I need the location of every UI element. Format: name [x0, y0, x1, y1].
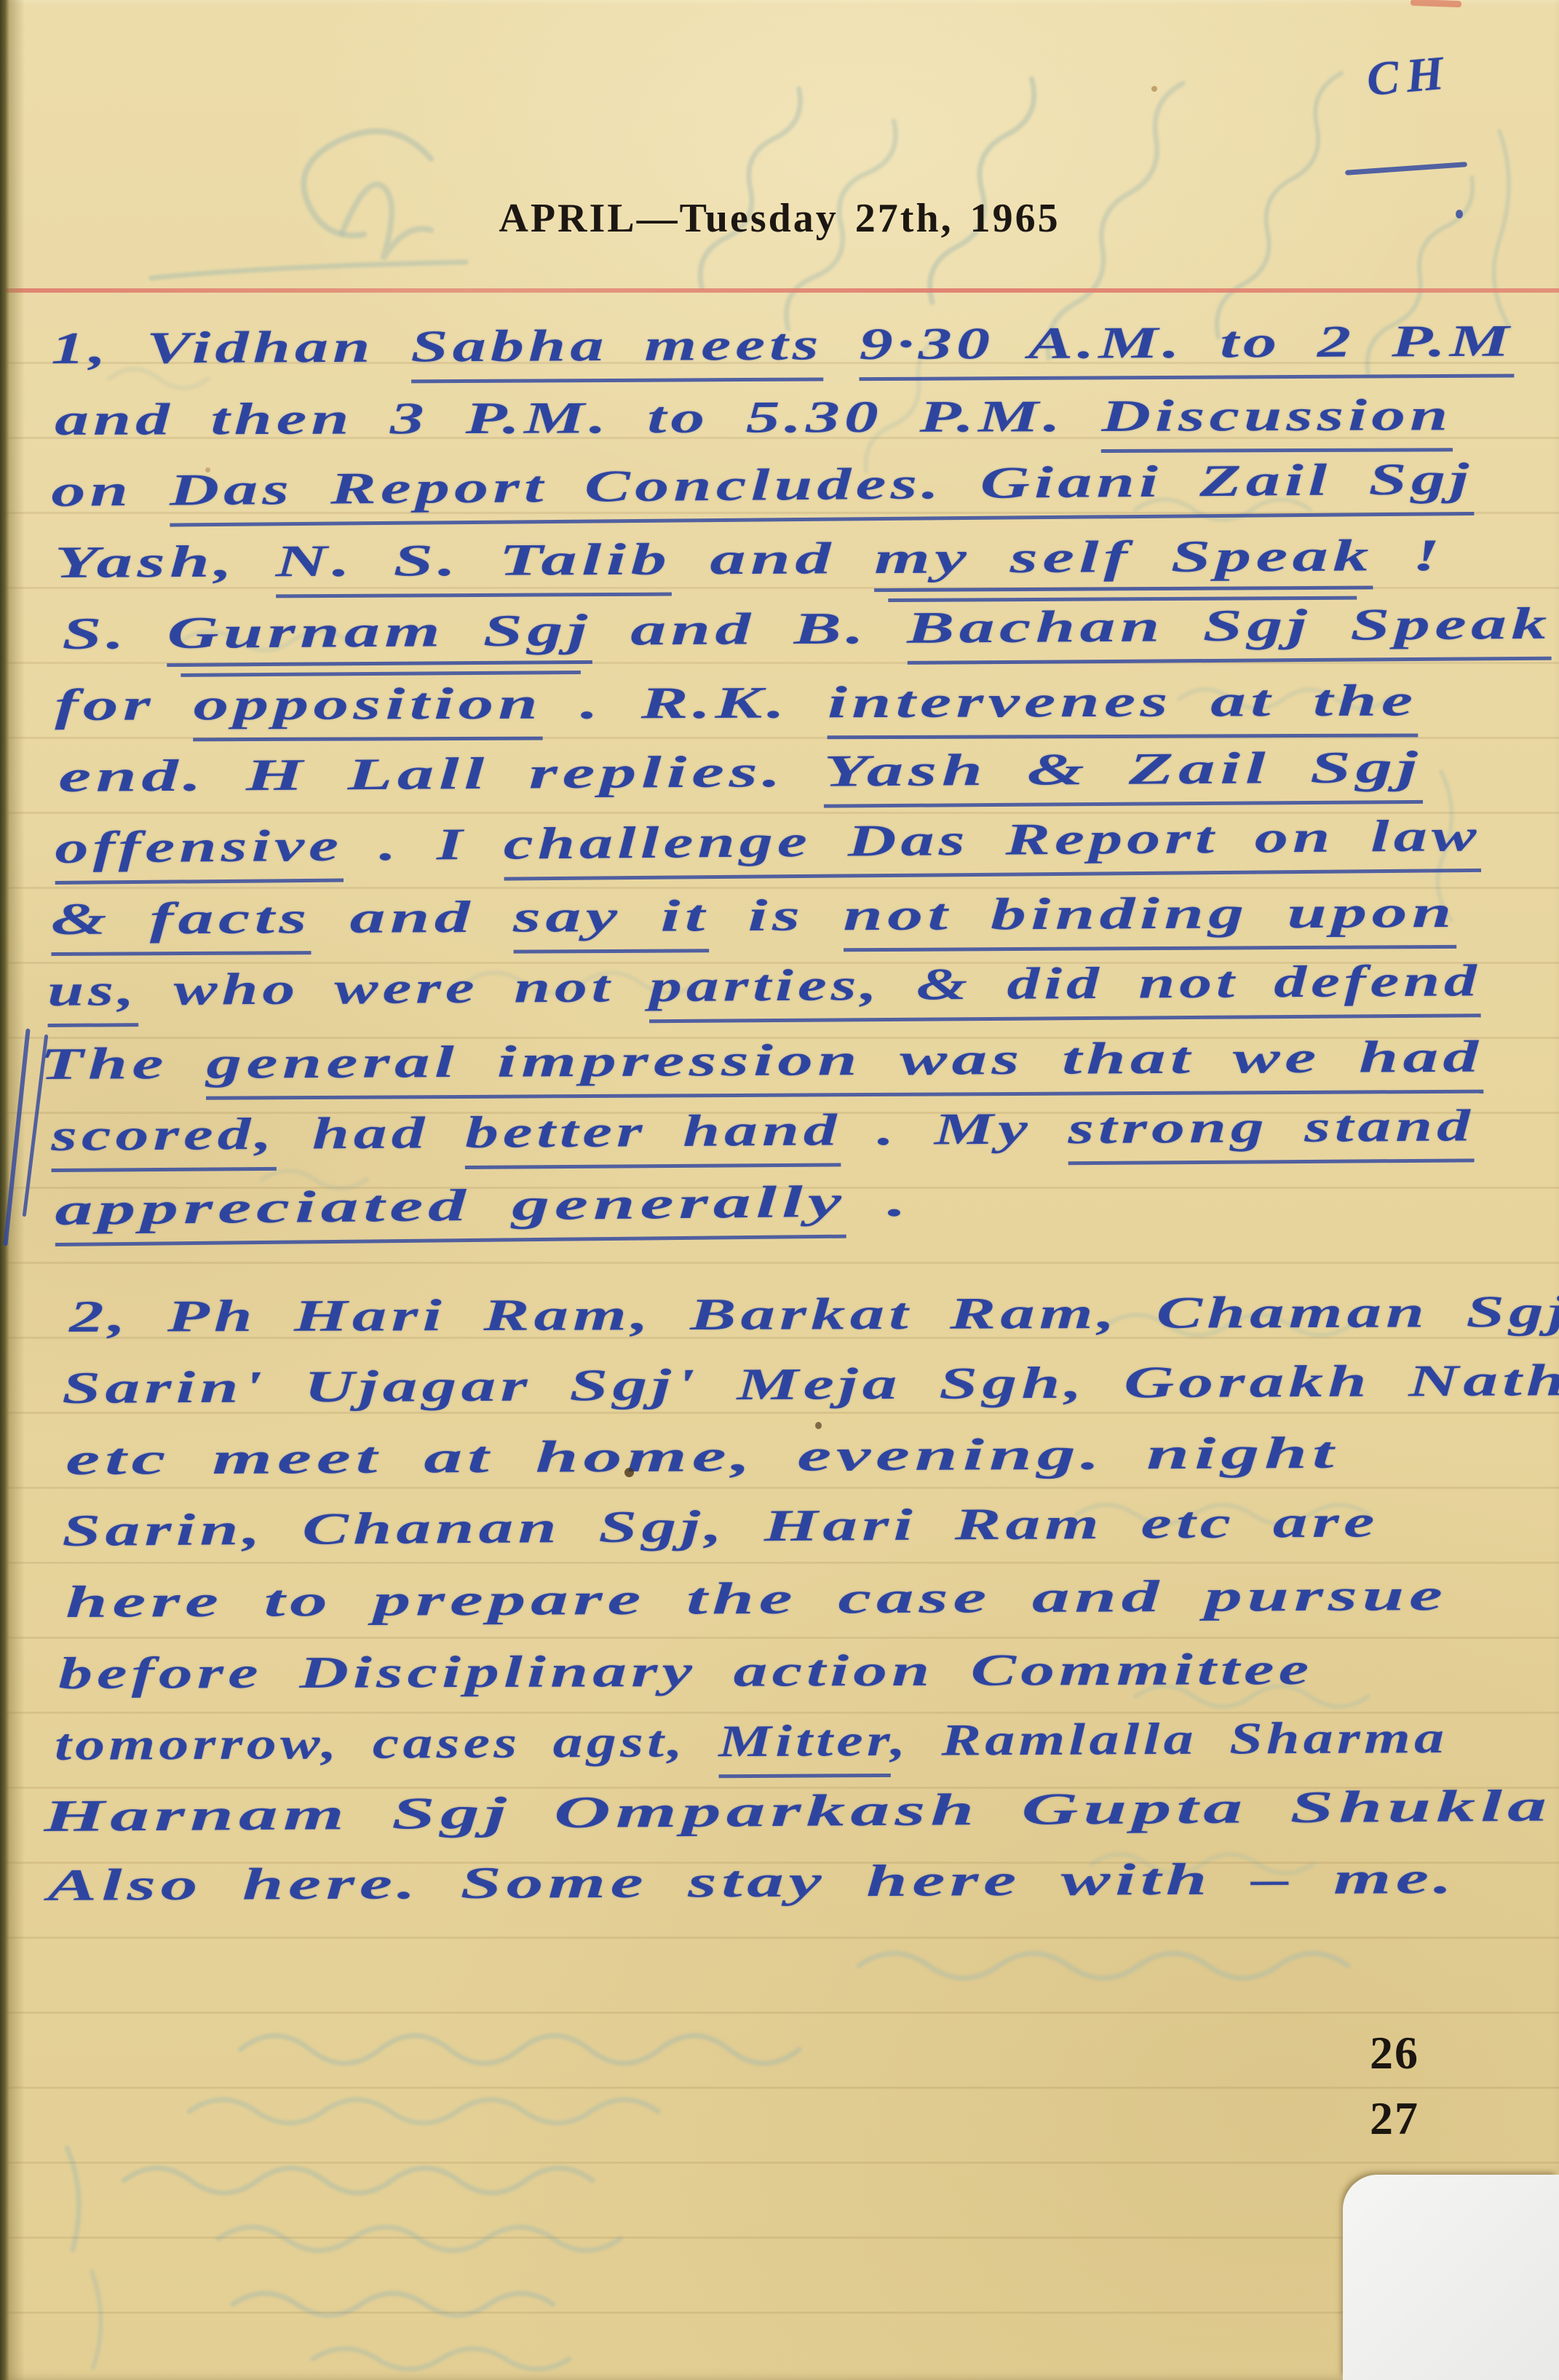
torn-corner-notch	[1343, 2175, 1559, 2380]
handwriting-line: here to prepare the case and pursue	[66, 1570, 1448, 1627]
handwriting-line: etc meet at home, evening. night	[66, 1428, 1338, 1484]
page-number: 26	[1370, 2030, 1419, 2076]
handwriting-line: Harnam Sgj Omparkash Gupta Shukla'	[44, 1781, 1559, 1841]
red-rule	[0, 288, 1559, 293]
handwriting-line: Yash, N. S. Talib and my self Speak !	[55, 531, 1445, 588]
handwriting-line: us, who were not parties, & did not defe…	[47, 956, 1481, 1016]
foxing-speck	[624, 1468, 634, 1477]
handwriting-line: before Disciplinary action Committee	[58, 1645, 1313, 1699]
annotation-ch-dot	[1456, 210, 1463, 218]
handwriting-line: tomorrow, cases agst, Mitter, Ramlalla S…	[55, 1713, 1448, 1770]
handwriting-line: 1, Vidhan Sabha meets 9·30 A.M. to 2 P.M	[51, 316, 1514, 373]
page-number: 27	[1370, 2095, 1419, 2142]
annotation-ch: CH	[1365, 49, 1453, 104]
handwriting-line: The general impression was that we had	[40, 1032, 1483, 1090]
handwriting-line: and then 3 P.M. to 5.30 P.M. Discussion	[55, 390, 1452, 445]
handwriting-line: Sarin, Chanan Sgj, Hari Ram etc are	[62, 1497, 1379, 1556]
handwriting-line: S. Gurnam Sgj and B. Bachan Sgj Speak	[62, 599, 1552, 659]
foxing-speck	[815, 1422, 822, 1429]
handwriting-line: Sarin' Ujagar Sgj' Meja Sgh, Gorakh Nath…	[62, 1356, 1559, 1413]
handwriting-line: Also here. Some stay here with – me.	[47, 1854, 1457, 1910]
handwriting-line: scored, had better hand . My strong stan…	[51, 1101, 1475, 1161]
foxing-speck	[205, 467, 210, 473]
handwriting-line: 2, Ph Hari Ram, Barkat Ram, Chaman Sgj'	[69, 1287, 1559, 1343]
handwriting-line: appreciated generally .	[55, 1177, 911, 1236]
page-title: APRIL—Tuesday 27th, 1965	[0, 198, 1559, 239]
handwriting-line: for opposition . R.K. intervenes at the	[55, 676, 1417, 730]
handwriting-line: end. H Lall replies. Yash & Zail Sgj	[58, 743, 1422, 802]
diary-page-scan: APRIL—Tuesday 27th, 1965 CH 1, Vidhan Sa…	[0, 0, 1559, 2380]
handwriting-line: & facts and say it is not binding upon	[51, 887, 1456, 944]
foxing-speck	[1151, 86, 1157, 92]
